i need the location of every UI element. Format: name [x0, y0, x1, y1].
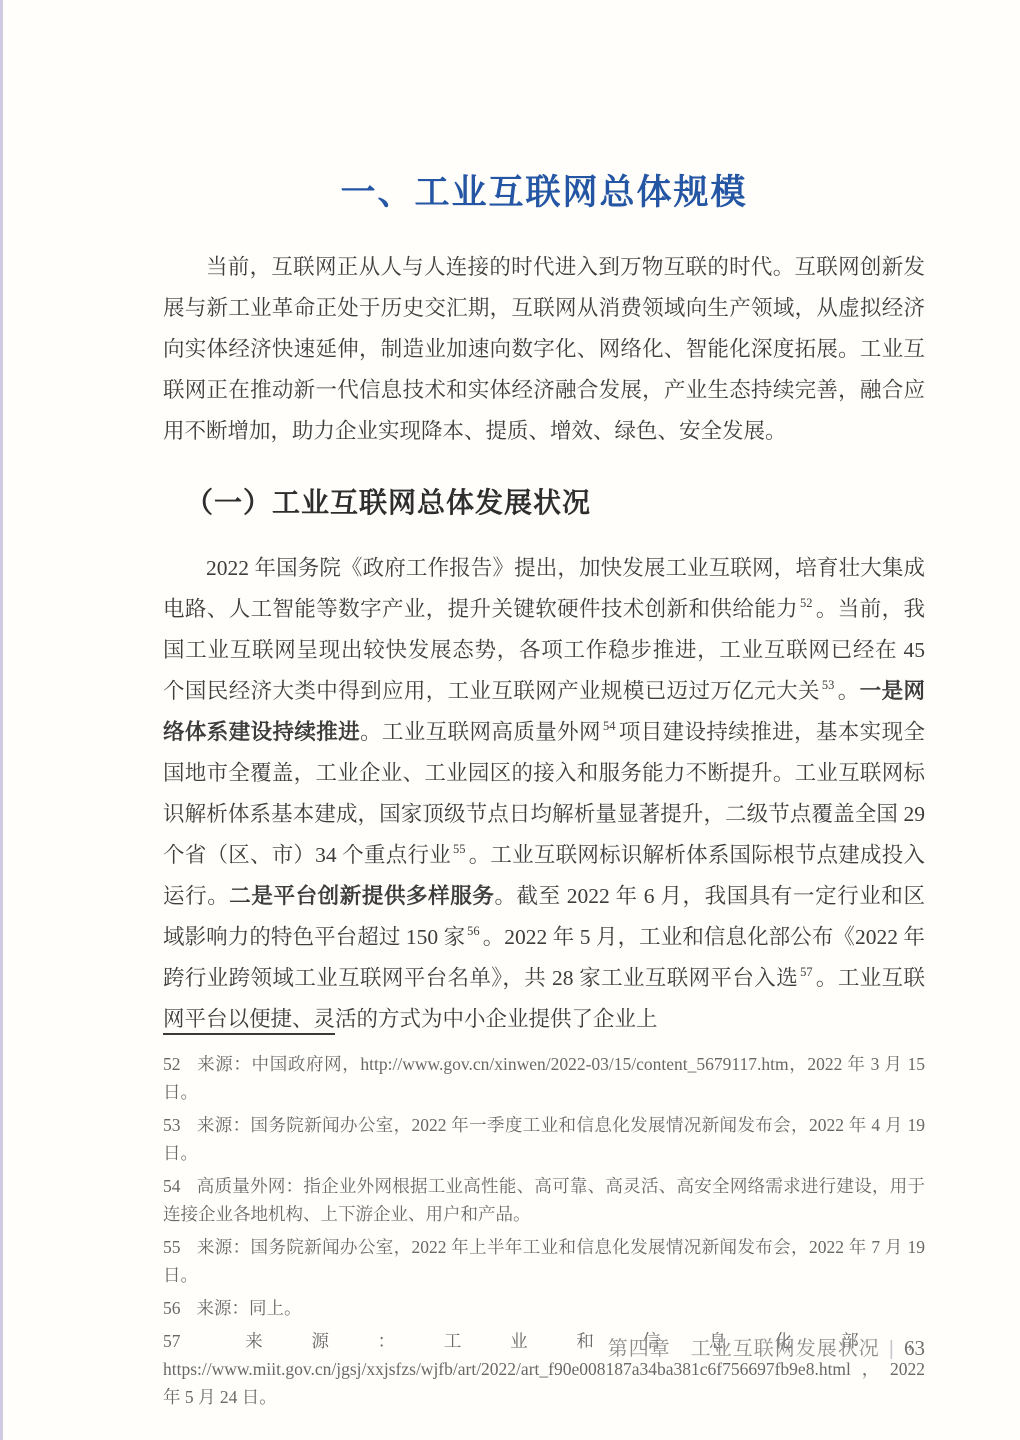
footnote-separator: [163, 1033, 335, 1035]
footnote-ref: 57: [800, 965, 812, 979]
text-run: 。: [837, 679, 859, 703]
footnote-text: 来源：中国政府网，http://www.gov.cn/xinwen/2022-0…: [163, 1054, 925, 1102]
page-footer: 第四章工业互联网发展状况|63: [608, 1336, 925, 1361]
footnote-item: 56来源：同上。: [163, 1294, 925, 1322]
footnote-ref: 52: [800, 596, 812, 610]
footnote-ref: 54: [603, 719, 615, 733]
footnote-number: 57: [163, 1331, 181, 1351]
footer-chapter: 第四章: [608, 1338, 671, 1360]
body-paragraph-2: 2022 年国务院《政府工作报告》提出，加快发展工业互联网，培育壮大集成电路、人…: [163, 548, 925, 1040]
footnote-text: 高质量外网：指企业外网根据工业高性能、高可靠、高灵活、高安全网络需求进行建设，用…: [163, 1176, 925, 1224]
footnote-item: 54高质量外网：指企业外网根据工业高性能、高可靠、高灵活、高安全网络需求进行建设…: [163, 1172, 925, 1228]
text-run: 。工业互联网高质量外网: [360, 720, 601, 744]
footnote-item: 52来源：中国政府网，http://www.gov.cn/xinwen/2022…: [163, 1050, 925, 1106]
footnote-ref: 56: [467, 924, 479, 938]
footnote-number: 53: [163, 1115, 181, 1135]
footer-chapter-title: 工业互联网发展状况: [691, 1338, 880, 1360]
page-edge-strip: [0, 0, 3, 1440]
footnote-ref: 55: [453, 842, 465, 856]
footer-page-number: 63: [904, 1336, 925, 1360]
bold-run: 二是平台创新提供多样服务: [229, 884, 494, 908]
text-run: 2022 年国务院《政府工作报告》提出，加快发展工业互联网，培育壮大集成电路、人…: [163, 556, 925, 621]
footnote-item: 55来源：国务院新闻办公室，2022 年上半年工业和信息化发展情况新闻发布会，2…: [163, 1233, 925, 1289]
footnote-item: 53来源：国务院新闻办公室，2022 年一季度工业和信息化发展情况新闻发布会，2…: [163, 1111, 925, 1167]
document-page: { "page": { "title": "一、工业互联网总体规模", "sec…: [0, 0, 1020, 1440]
section-heading: （一）工业互联网总体发展状况: [185, 484, 591, 522]
footnote-number: 56: [163, 1298, 181, 1318]
footer-separator: |: [889, 1338, 895, 1360]
footnote-text: 来源：同上。: [197, 1298, 302, 1318]
footnotes-section: 52来源：中国政府网，http://www.gov.cn/xinwen/2022…: [163, 1050, 925, 1416]
footnote-number: 54: [163, 1176, 181, 1196]
footnote-text: 来源：国务院新闻办公室，2022 年上半年工业和信息化发展情况新闻发布会，202…: [163, 1237, 925, 1285]
body-paragraph-1: 当前，互联网正从人与人连接的时代进入到万物互联的时代。互联网创新发展与新工业革命…: [163, 247, 925, 452]
footnote-number: 55: [163, 1237, 181, 1257]
text-run: 当前，互联网正从人与人连接的时代进入到万物互联的时代。互联网创新发展与新工业革命…: [163, 255, 925, 443]
footnote-text: 来源：国务院新闻办公室，2022 年一季度工业和信息化发展情况新闻发布会，202…: [163, 1115, 925, 1163]
footnote-number: 52: [163, 1054, 181, 1074]
page-title: 一、工业互联网总体规模: [163, 170, 925, 216]
footnote-ref: 53: [822, 678, 834, 692]
